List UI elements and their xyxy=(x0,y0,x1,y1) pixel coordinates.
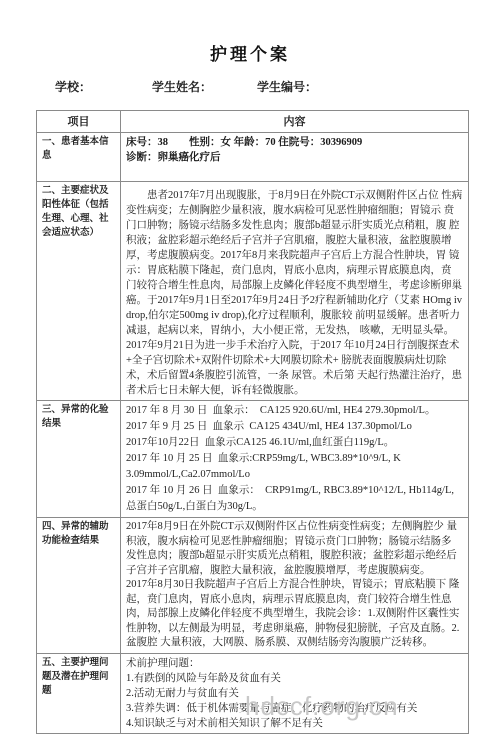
table-header-row: 项目 内容 xyxy=(37,111,469,133)
auxiliary-exam-paragraph: 2017年8月30日我院超声子宫后上方混合性肿块，胃镜示；胃底粘膜下 隆起，贲门… xyxy=(126,578,463,651)
lab-result-line: 2017 年 10 月 25 日 血象示:CRP59mg/L, WBC3.89*… xyxy=(126,451,463,483)
nursing-case-table: 项目 内容 一、患者基本信息 床号：38 性别：女 年龄：70 住院号：3039… xyxy=(36,110,469,734)
lab-result-line: 2017 年 8 月 30 日 血象示： CA125 920.6U/ml, HE… xyxy=(126,403,463,419)
table-row-auxiliary-exams: 四、异常的辅助功能检查结果 2017年8月9日在外院CT示双侧附件区占位性病变性… xyxy=(37,518,469,654)
nursing-problem-line: 1.有跌倒的风险与年龄及贫血有关 xyxy=(126,671,463,686)
auxiliary-exam-paragraph: 2017年8月9日在外院CT示双侧附件区占位性病变性病变；左侧胸腔少 量积液，腹… xyxy=(126,520,463,578)
row-label-lab-results: 三、异常的化验结果 xyxy=(37,401,121,518)
lab-result-line: 2017 年 9 月 25 日 血象示 CA125 434U/ml, HE4 1… xyxy=(126,419,463,435)
row-content-lab-results: 2017 年 8 月 30 日 血象示： CA125 920.6U/ml, HE… xyxy=(121,401,469,518)
row-label-nursing-problems: 五、主要护理问题及潜在护理问题 xyxy=(37,653,121,733)
row-label-basic-info: 一、患者基本信息 xyxy=(37,133,121,182)
row-content-auxiliary-exams: 2017年8月9日在外院CT示双侧附件区占位性病变性病变；左侧胸腔少 量积液，腹… xyxy=(121,518,469,654)
student-name-label: 学生姓名： xyxy=(152,78,212,95)
symptoms-paragraph: 患者2017年7月出现腹胀，于8月9日在外院CT示双侧附件区占位 性病变性病变；… xyxy=(126,188,463,398)
row-content-symptoms: 患者2017年7月出现腹胀，于8月9日在外院CT示双侧附件区占位 性病变性病变；… xyxy=(121,182,469,401)
school-label: 学校： xyxy=(55,78,91,95)
nursing-problem-line: 术前护理问题： xyxy=(126,656,463,671)
document-page: 护理个案 学校： 学生姓名： 学生编号： 项目 内容 一、患者基本信息 床号：3… xyxy=(0,0,500,743)
row-content-basic-info: 床号：38 性别：女 年龄：70 住院号：30396909 诊断：卵巢癌化疗后 xyxy=(121,133,469,182)
row-label-auxiliary-exams: 四、异常的辅助功能检查结果 xyxy=(37,518,121,654)
lab-result-line: 2017 年 10 月 26 日 血象示： CRP91mg/L, RBC3.89… xyxy=(126,483,463,515)
student-info-row: 学校： 学生姓名： 学生编号： xyxy=(0,78,500,94)
column-header-item: 项目 xyxy=(37,111,121,133)
row-label-symptoms: 二、主要症状及阳性体征（包括生理、心理、社会适应状态） xyxy=(37,182,121,401)
watermark: hdccf.org.cn xyxy=(245,691,399,722)
table-row-lab-results: 三、异常的化验结果 2017 年 8 月 30 日 血象示： CA125 920… xyxy=(37,401,469,518)
page-title: 护理个案 xyxy=(0,40,500,65)
table-row-basic-info: 一、患者基本信息 床号：38 性别：女 年龄：70 住院号：30396909 诊… xyxy=(37,133,469,182)
column-header-content: 内容 xyxy=(121,111,469,133)
patient-demographics-line: 床号：38 性别：女 年龄：70 住院号：30396909 xyxy=(126,135,463,150)
lab-result-line: 2017年10月22日 血象示CA125 46.1U/ml,血红蛋白119g/L… xyxy=(126,435,463,451)
table-row-symptoms: 二、主要症状及阳性体征（包括生理、心理、社会适应状态） 患者2017年7月出现腹… xyxy=(37,182,469,401)
patient-diagnosis-line: 诊断：卵巢癌化疗后 xyxy=(126,150,463,165)
student-id-label: 学生编号： xyxy=(257,78,317,95)
